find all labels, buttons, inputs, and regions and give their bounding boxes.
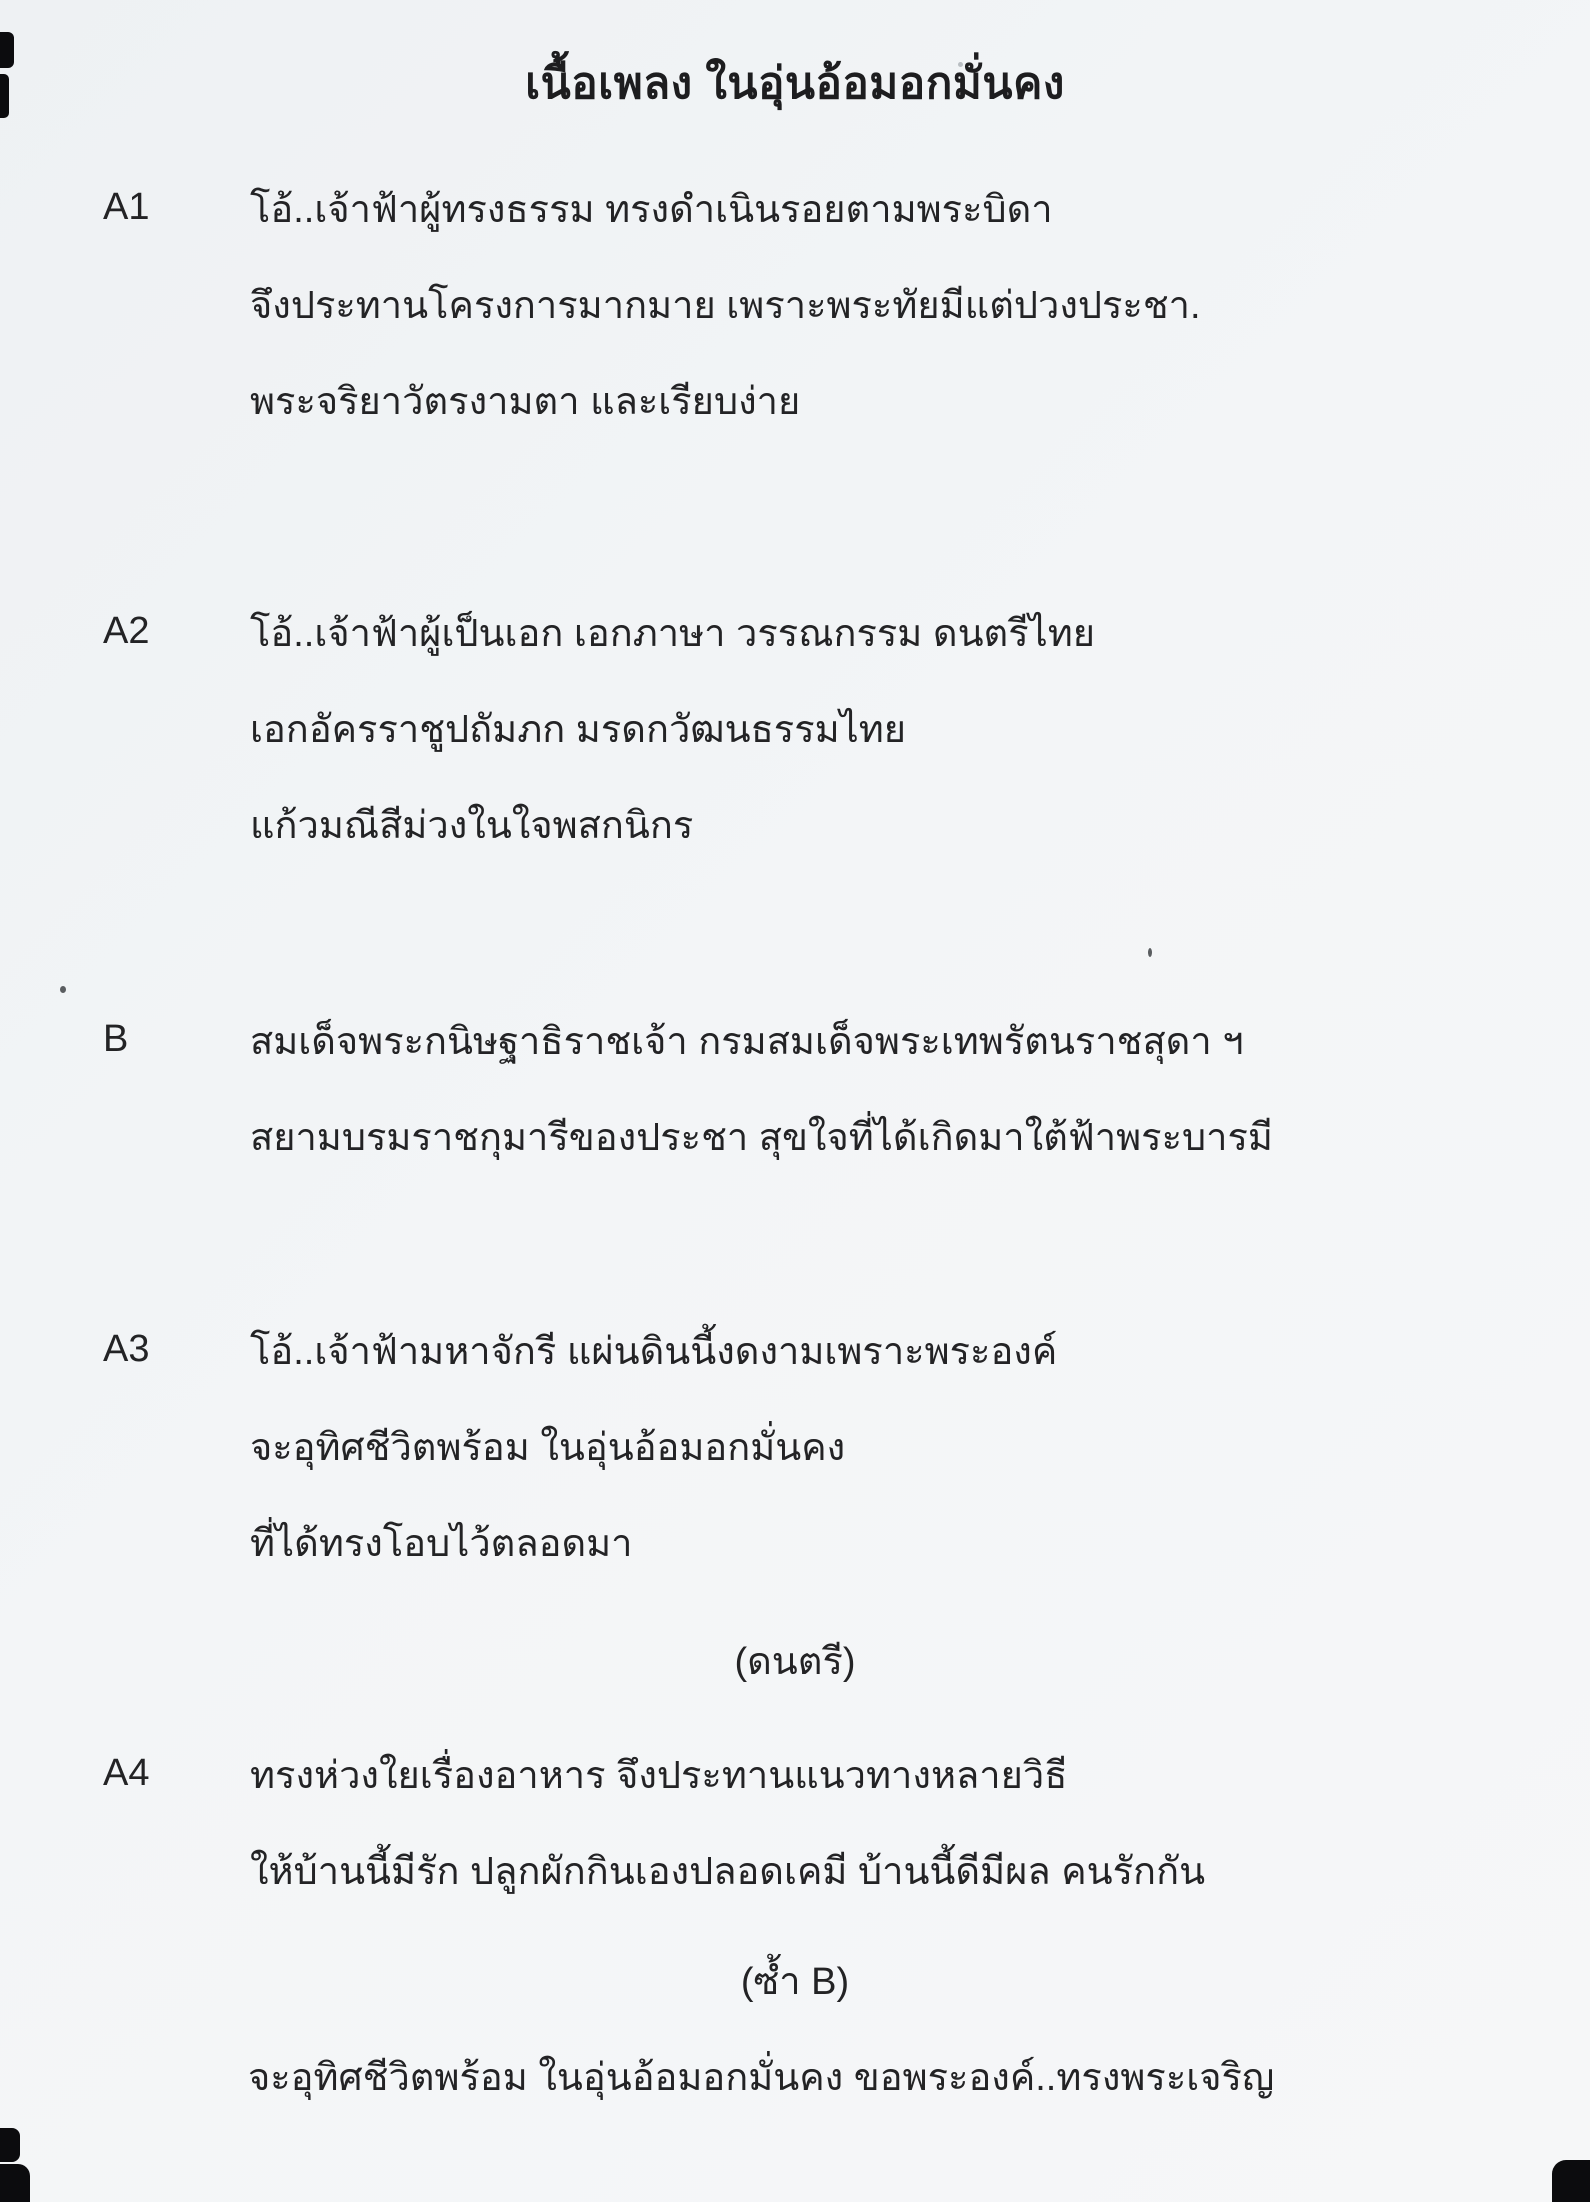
lyric-line: แก้วมณีสีม่วงในใจพสกนิกร (250, 794, 693, 858)
section-label-a3: A3 (103, 1328, 149, 1371)
section-label-a1: A1 (103, 186, 149, 229)
page-title: เนื้อเพลง ในอุ่นอ้อมอกมั่นคง (0, 48, 1590, 118)
lyric-line: สยามบรมราชกุมารีของประชา สุขใจที่ได้เกิด… (250, 1106, 1273, 1170)
section-label-a4: A4 (103, 1752, 149, 1795)
scan-artifact-bottom-right (1552, 2160, 1590, 2202)
lyric-line: จึงประทานโครงการมากมาย เพราะพระทัยมีแต่ป… (250, 274, 1201, 338)
section-label-a2: A2 (103, 610, 149, 653)
lyric-line: ให้บ้านนี้มีรัก ปลูกผักกินเองปลอดเคมี บ้… (250, 1840, 1205, 1904)
lyric-line: จะอุทิศชีวิตพร้อม ในอุ่นอ้อมอกมั่นคง (250, 1416, 845, 1480)
scan-artifact-top-left-2 (0, 74, 9, 118)
lyric-line: โอ้..เจ้าฟ้ามหาจักรี แผ่นดินนี้งดงามเพรา… (250, 1320, 1057, 1384)
scanned-lyric-sheet: เนื้อเพลง ในอุ่นอ้อมอกมั่นคง A1 โอ้..เจ้… (0, 0, 1590, 2202)
scan-artifact-top-left-1 (0, 32, 14, 68)
lyric-line: พระจริยาวัตรงามตา และเรียบง่าย (250, 370, 800, 434)
lyric-line: ที่ได้ทรงโอบไว้ตลอดมา (250, 1512, 633, 1576)
repeat-cue: (ซ้ำ B) (0, 1950, 1590, 2011)
lyric-line: สมเด็จพระกนิษฐาธิราชเจ้า กรมสมเด็จพระเทพ… (250, 1010, 1244, 1074)
section-label-b: B (103, 1018, 128, 1061)
scan-artifact-bottom-left-1 (0, 2128, 20, 2162)
scan-speck-3 (958, 62, 963, 67)
lyric-line: โอ้..เจ้าฟ้าผู้เป็นเอก เอกภาษา วรรณกรรม … (250, 602, 1095, 666)
music-break-cue: (ดนตรี) (0, 1630, 1590, 1691)
scan-speck-2 (1148, 948, 1152, 957)
scan-speck-1 (60, 986, 66, 993)
lyric-line: เอกอัครราชูปถัมภก มรดกวัฒนธรรมไทย (250, 698, 906, 762)
lyric-line: ทรงห่วงใยเรื่องอาหาร จึงประทานแนวทางหลาย… (250, 1744, 1067, 1808)
scan-artifact-bottom-left-2 (0, 2164, 30, 2202)
closing-line: จะอุทิศชีวิตพร้อม ในอุ่นอ้อมอกมั่นคง ขอพ… (248, 2046, 1274, 2110)
lyric-line: โอ้..เจ้าฟ้าผู้ทรงธรรม ทรงดำเนินรอยตามพร… (250, 178, 1053, 242)
